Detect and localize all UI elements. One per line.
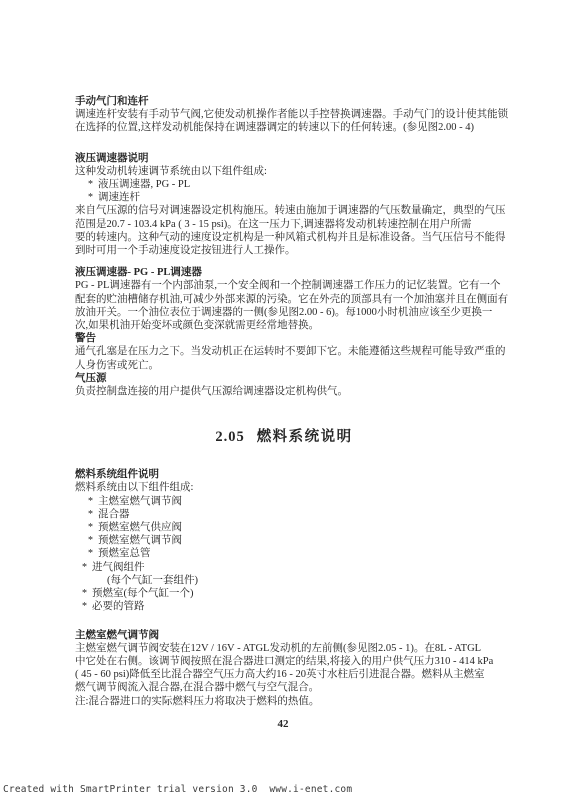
list-item-label: 预燃室(每个气缸一个) [92, 588, 194, 599]
paragraph-line: 中它处在右侧。该调节阀按照在混合器进口测定的结果,将接入的用户供气压力310 -… [75, 655, 493, 668]
bullet-icon: * [88, 191, 93, 204]
bullet-icon: * [88, 178, 93, 191]
list-item: *调速连杆 [75, 191, 493, 204]
list-item: *主燃室燃气调节阀 [75, 495, 493, 508]
paragraph-line: PG - PL调速器有一个内部油泵,一个安全阀和一个控制调速器工作压力的记忆装置… [75, 279, 493, 292]
bullet-icon: * [82, 587, 87, 600]
bullet-icon: * [88, 508, 93, 521]
paragraph-line: 燃气调节阀流入混合器,在混合器中燃气与空气混合。 [75, 681, 493, 694]
list-item-label: 预燃室总管 [98, 548, 151, 559]
page-body: 手动气门和连杆 调速连杆安装有手动节气阀,它使发动机操作者能以手控替换调速器。手… [75, 95, 493, 708]
note-line: 注:混合器进口的实际燃料压力将取决于燃料的热值。 [75, 695, 493, 708]
list-item-label: 主燃室燃气调节阀 [98, 496, 182, 507]
list-item: *预燃室燃气调节阀 [75, 534, 493, 547]
list-item-label: 进气阀组件 [92, 562, 145, 573]
chapter-title: 2.05燃料系统说明 [75, 428, 493, 446]
list-item: *液压调速器, PG - PL [75, 178, 493, 191]
paragraph-line: 燃料系统由以下组件组成: [75, 481, 493, 494]
bullet-icon: * [88, 495, 93, 508]
list-item: *进气阀组件 [75, 561, 493, 574]
list-item: *预燃室总管 [75, 547, 493, 560]
section-heading-warning: 警告 [75, 332, 493, 345]
list-item-label: 必要的管路 [92, 601, 145, 612]
list-item: *预燃室(每个气缸一个) [75, 587, 493, 600]
chapter-number: 2.05 [215, 429, 244, 445]
list-item-continuation: (每个气缸一套组件) [75, 574, 493, 587]
paragraph-line: 次,如果机油开始变坏或颜色变深就需更经常地替换。 [75, 319, 493, 332]
bullet-icon: * [88, 534, 93, 547]
paragraph-line: 通气孔塞是在压力之下。当发动机正在运转时不要卸下它。未能遵循这些规程可能导致严重… [75, 345, 493, 358]
paragraph-line: 这种发动机转速调节系统由以下组件组成: [75, 165, 493, 178]
bullet-icon: * [88, 547, 93, 560]
bullet-icon: * [82, 561, 87, 574]
list-item-label: 预燃室燃气供应阀 [98, 522, 182, 533]
paragraph-line: 来自气压源的信号对调速器设定机构施压。转速由施加于调速器的气压数量确定，典型的气… [75, 204, 493, 217]
list-item-label: 液压调速器, PG - PL [98, 179, 190, 190]
bullet-icon: * [82, 600, 87, 613]
paragraph-line: 人身伤害或死亡。 [75, 359, 493, 372]
paragraph-line: 配套的贮油槽储存机油,可减少外部来源的污染。它在外壳的顶部具有一个加油塞并且在侧… [75, 293, 493, 306]
list-item: *必要的管路 [75, 600, 493, 613]
list-item-label: 预燃室燃气调节阀 [98, 535, 182, 546]
bullet-icon: * [88, 521, 93, 534]
list-item: *预燃室燃气供应阀 [75, 521, 493, 534]
paragraph-line: 范围是20.7 - 103.4 kPa ( 3 - 15 psi)。在这一压力下… [75, 218, 493, 231]
section-heading-fuel-components: 燃料系统组件说明 [75, 468, 493, 481]
list-item: *混合器 [75, 508, 493, 521]
list-item-label: 调速连杆 [98, 192, 140, 203]
section-heading-main-gas-valve: 主燃室燃气调节阀 [75, 629, 493, 642]
paragraph-line: 主燃室燃气调节阀安装在12V / 16V - ATGL发动机的左前侧(参见图2.… [75, 642, 493, 655]
scanned-manual-page: 手动气门和连杆 调速连杆安装有手动节气阀,它使发动机操作者能以手控替换调速器。手… [0, 0, 566, 800]
paragraph-line: ( 45 - 60 psi)降低至比混合器空气压力高大约16 - 20英寸水柱后… [75, 668, 493, 681]
paragraph-line: 负责控制盘连接的用户提供气压源给调速器设定机构供气。 [75, 385, 493, 398]
smartprinter-watermark: Created with SmartPrinter trial version … [3, 784, 352, 795]
paragraph-line: 放油开关。一个油位表位于调速器的一侧(参见图2.00 - 6)。每1000小时机… [75, 306, 493, 319]
paragraph-line: 调速连杆安装有手动节气阀,它使发动机操作者能以手控替换调速器。手动气门的设计使其… [75, 108, 493, 121]
list-item-label: 混合器 [98, 509, 130, 520]
chapter-title-text: 燃料系统说明 [257, 429, 353, 445]
section-heading-air-source: 气压源 [75, 372, 493, 385]
paragraph-line: 在选择的位置,这样发动机能保持在调速器调定的转速以下的任何转速。(参见图2.00… [75, 121, 493, 134]
paragraph-line: 要的转速内。这种气动的速度设定机构是一种风箱式机构并且是标准设备。当气压信号不能… [75, 231, 493, 244]
section-heading-pg-pl-governor: 液压调速器- PG - PL调速器 [75, 266, 493, 279]
section-heading-manual-throttle: 手动气门和连杆 [75, 95, 493, 108]
paragraph-line: 到时可用一个手动速度设定按钮进行人工操作。 [75, 244, 493, 257]
page-number: 42 [0, 718, 566, 730]
section-heading-hydraulic-governor: 液压调速器说明 [75, 152, 493, 165]
